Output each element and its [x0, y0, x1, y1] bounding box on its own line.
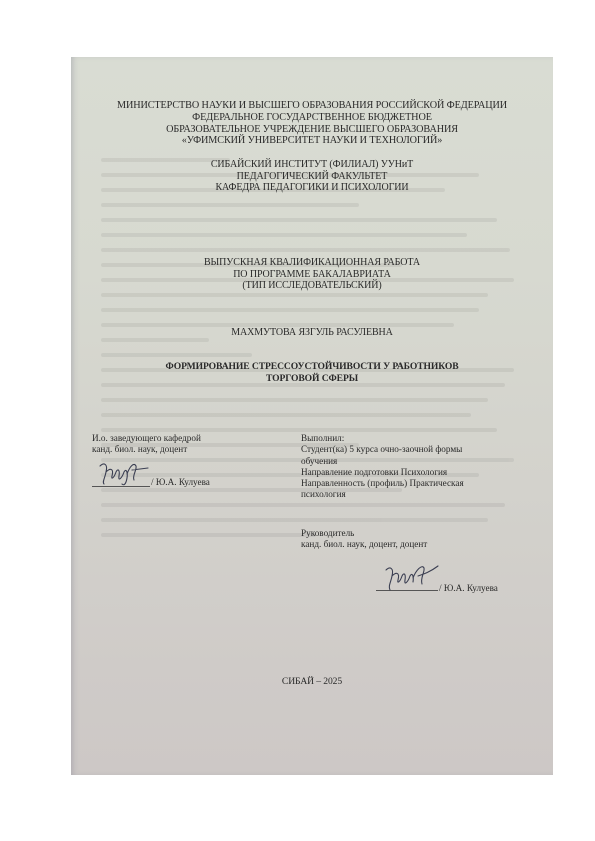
- back-page-show-through: [101, 147, 531, 707]
- head-signature-row: / Ю.А. Кулуева: [92, 465, 292, 487]
- supervisor-degree: канд. биол. наук, доцент, доцент: [301, 539, 521, 550]
- title-line: ФОРМИРОВАНИЕ СТРЕССОУСТОЙЧИВОСТИ У РАБОТ…: [71, 361, 553, 373]
- head-role: И.о. заведующего кафедрой: [92, 433, 292, 444]
- thesis-title: ФОРМИРОВАНИЕ СТРЕССОУСТОЙЧИВОСТИ У РАБОТ…: [71, 361, 553, 384]
- header-line: ОБРАЗОВАТЕЛЬНОЕ УЧРЕЖДЕНИЕ ВЫСШЕГО ОБРАЗ…: [71, 124, 553, 136]
- performer-direction: Направление подготовки Психология: [301, 467, 511, 478]
- header-line: «УФИМСКИЙ УНИВЕРСИТЕТ НАУКИ И ТЕХНОЛОГИЙ…: [71, 135, 553, 147]
- performer-student: Студент(ка) 5 курса очно-заочной формы: [301, 444, 511, 455]
- supervisor-info: Руководитель канд. биол. наук, доцент, д…: [301, 528, 521, 551]
- work-type: ВЫПУСКНАЯ КВАЛИФИКАЦИОННАЯ РАБОТА ПО ПРО…: [71, 257, 553, 292]
- performer-label: Выполнил:: [301, 433, 511, 444]
- title-line: ТОРГОВОЙ СФЕРЫ: [71, 373, 553, 385]
- performer-student-cont: обучения: [301, 456, 511, 467]
- department-line: КАФЕДРА ПЕДАГОГИКИ И ПСИХОЛОГИИ: [71, 182, 553, 194]
- performer-profile: Направленность (профиль) Практическая: [301, 478, 511, 489]
- document-photo: МИНИСТЕРСТВО НАУКИ И ВЫСШЕГО ОБРАЗОВАНИЯ…: [71, 57, 553, 775]
- performer-profile-cont: психология: [301, 489, 511, 500]
- header-line: МИНИСТЕРСТВО НАУКИ И ВЫСШЕГО ОБРАЗОВАНИЯ…: [71, 100, 553, 112]
- institute-header: СИБАЙСКИЙ ИНСТИТУТ (ФИЛИАЛ) УУНиТ ПЕДАГО…: [71, 159, 553, 194]
- head-degree: канд. биол. наук, доцент: [92, 444, 292, 455]
- supervisor-label: Руководитель: [301, 528, 521, 539]
- faculty-line: ПЕДАГОГИЧЕСКИЙ ФАКУЛЬТЕТ: [71, 171, 553, 183]
- handwritten-signature-icon: [378, 562, 440, 592]
- work-type-line: (ТИП ИССЛЕДОВАТЕЛЬСКИЙ): [71, 280, 553, 292]
- ministry-header: МИНИСТЕРСТВО НАУКИ И ВЫСШЕГО ОБРАЗОВАНИЯ…: [71, 100, 553, 147]
- handwritten-signature-icon: [94, 458, 150, 488]
- city-year: СИБАЙ – 2025: [71, 676, 553, 688]
- head-of-department: И.о. заведующего кафедрой канд. биол. на…: [92, 433, 292, 487]
- supervisor-signature-name: / Ю.А. Кулуева: [439, 583, 498, 593]
- author-name: МАХМУТОВА ЯЗГУЛЬ РАСУЛЕВНА: [71, 327, 553, 339]
- work-type-line: ПО ПРОГРАММЕ БАКАЛАВРИАТА: [71, 269, 553, 281]
- institute-line: СИБАЙСКИЙ ИНСТИТУТ (ФИЛИАЛ) УУНиТ: [71, 159, 553, 171]
- head-signature-name: / Ю.А. Кулуева: [151, 477, 210, 488]
- supervisor-signature-row: / Ю.А. Кулуева: [376, 569, 498, 591]
- signature-line: [92, 464, 150, 487]
- header-line: ФЕДЕРАЛЬНОЕ ГОСУДАРСТВЕННОЕ БЮДЖЕТНОЕ: [71, 112, 553, 124]
- performer-info: Выполнил: Студент(ка) 5 курса очно-заочн…: [301, 433, 511, 501]
- signature-line: [376, 568, 438, 591]
- work-type-line: ВЫПУСКНАЯ КВАЛИФИКАЦИОННАЯ РАБОТА: [71, 257, 553, 269]
- supervisor-signature-wrap: / Ю.А. Кулуева: [376, 569, 498, 591]
